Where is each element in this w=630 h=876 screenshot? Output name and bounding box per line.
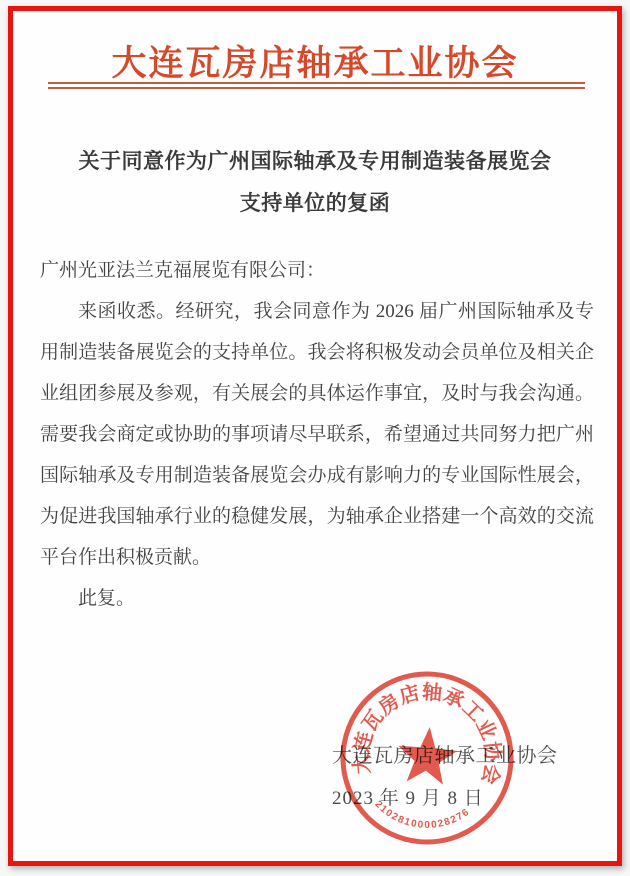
closing-line: 此复。 [40,578,594,619]
letterhead-org-name: 大连瓦房店轴承工业协会 [0,36,630,86]
document-title-line2: 支持单位的复函 [0,182,630,224]
document-title: 关于同意作为广州国际轴承及专用制造装备展览会 支持单位的复函 [0,140,630,224]
document-title-line1: 关于同意作为广州国际轴承及专用制造装备展览会 [0,140,630,182]
document-page: 大连瓦房店轴承工业协会 关于同意作为广州国际轴承及专用制造装备展览会 支持单位的… [0,0,630,876]
letterhead-divider [48,82,585,89]
recipient-line: 广州光亚法兰克福展览有限公司： [40,250,594,291]
red-star-icon [395,725,459,786]
letter-body: 广州光亚法兰克福展览有限公司： 来函收悉。经研究，我会同意作为 2026 届广州… [40,250,594,619]
main-paragraph: 来函收悉。经研究，我会同意作为 2026 届广州国际轴承及专用制造装备展览会的支… [40,291,594,578]
official-seal: 大连瓦房店轴承工业协会 210281000028276 [332,663,523,854]
